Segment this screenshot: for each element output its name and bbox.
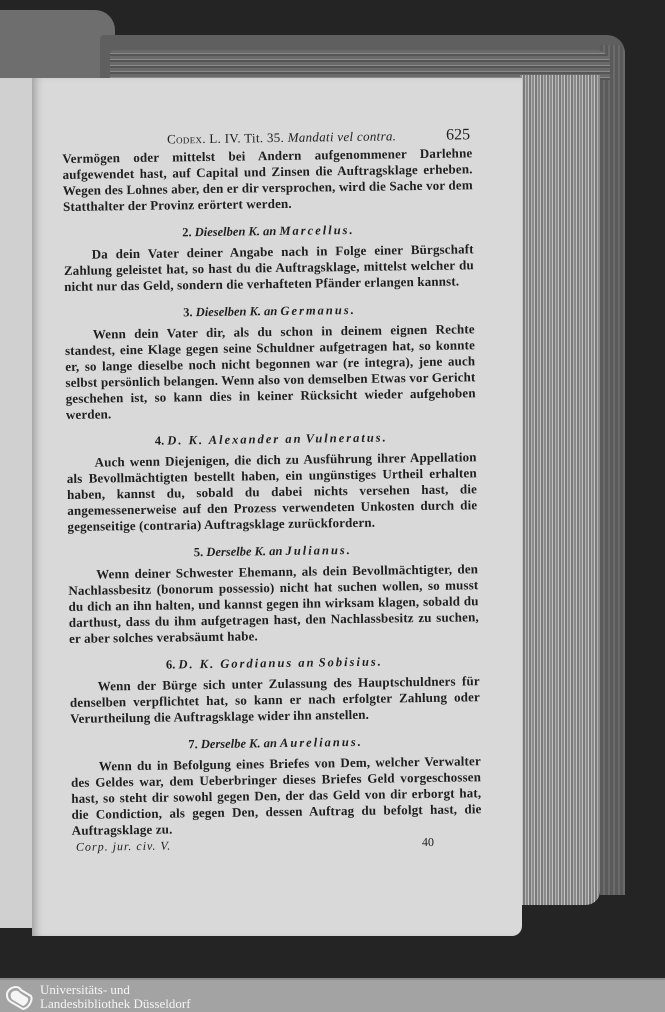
section-number: 3. (183, 305, 193, 319)
section-heading-text: Derselbe K. an (201, 736, 277, 751)
library-name: Universitäts- und Landesbibliothek Düsse… (40, 983, 191, 1011)
section-4: 4. D. K. Alexander an Vulneratus. Auch w… (66, 428, 477, 535)
intro-paragraph: Vermögen oder mittelst bei Andern aufgen… (62, 145, 473, 215)
page-text: Codex. L. IV. Tit. 35. Mandati vel contr… (62, 127, 482, 855)
page-number: 625 (446, 127, 470, 143)
section-paragraph: Wenn der Bürge sich unter Zulassung des … (70, 673, 481, 727)
section-number: 7. (188, 737, 198, 751)
section-heading-text: Dieselben K. an (196, 304, 278, 319)
section-addressee: Sobisius. (319, 655, 383, 670)
section-addressee: Germanus. (280, 303, 356, 318)
section-heading: 6. D. K. Gordianus an Sobisius. (69, 652, 479, 674)
section-paragraph: Auch wenn Diejenigen, die dich zu Ausfüh… (66, 449, 477, 535)
section-heading: 7. Derselbe K. an Aurelianus. (70, 732, 480, 754)
running-head-ref: L. IV. Tit. 35. (209, 130, 284, 146)
section-heading-text: D. K. Alexander an (167, 432, 302, 448)
section-number: 4. (155, 434, 165, 448)
section-6: 6. D. K. Gordianus an Sobisius. Wenn der… (69, 652, 480, 727)
running-head-codex: Codex. (167, 131, 206, 147)
section-addressee: Julianus. (285, 543, 351, 558)
book-page: Codex. L. IV. Tit. 35. Mandati vel contr… (32, 78, 522, 936)
section-heading: 3. Dieselben K. an Germanus. (64, 300, 474, 322)
section-5: 5. Derselbe K. an Julianus. Wenn deiner … (68, 540, 479, 647)
section-7: 7. Derselbe K. an Aurelianus. Wenn du in… (70, 732, 481, 839)
section-heading: 2. Dieselben K. an Marcellus. (63, 220, 473, 242)
section-2: 2. Dieselben K. an Marcellus. Da dein Va… (63, 220, 474, 295)
section-heading: 5. Derselbe K. an Julianus. (68, 540, 478, 562)
library-name-line1: Universitäts- und (40, 983, 191, 997)
signature-mark: Corp. jur. civ. V. (72, 838, 171, 855)
book-cover-edge (600, 45, 625, 895)
section-paragraph: Wenn dein Vater dir, als du schon in dei… (65, 321, 476, 423)
section-addressee: Marcellus. (279, 223, 354, 238)
adjacent-book-cover (0, 10, 115, 85)
section-3: 3. Dieselben K. an Germanus. Wenn dein V… (64, 300, 476, 423)
running-head-title: Codex. L. IV. Tit. 35. Mandati vel contr… (167, 128, 396, 147)
library-watermark-bar: Universitäts- und Landesbibliothek Düsse… (0, 978, 665, 1012)
book-icon (3, 984, 37, 1012)
library-name-line2: Landesbibliothek Düsseldorf (40, 997, 191, 1011)
section-addressee: Vulneratus. (306, 430, 388, 445)
page-block-fore-edge (520, 75, 600, 905)
running-head-topic: Mandati vel contra. (288, 128, 397, 145)
section-number: 6. (166, 657, 176, 671)
section-heading-text: D. K. Gordianus an (178, 656, 315, 672)
section-heading: 4. D. K. Alexander an Vulneratus. (66, 428, 476, 450)
sheet-number: 40 (422, 834, 434, 850)
section-heading-text: Derselbe K. an (206, 544, 282, 559)
section-paragraph: Da dein Vater deiner Angabe nach in Folg… (64, 241, 475, 295)
section-addressee: Aurelianus. (280, 735, 363, 750)
section-paragraph: Wenn deiner Schwester Ehemann, als dein … (68, 561, 479, 647)
section-number: 5. (194, 545, 204, 559)
section-number: 2. (182, 225, 192, 239)
book-scan: Codex. L. IV. Tit. 35. Mandati vel contr… (0, 0, 665, 978)
section-heading-text: Dieselben K. an (195, 224, 277, 239)
section-paragraph: Wenn du in Befolgung eines Briefes von D… (71, 753, 482, 839)
left-page-edge (0, 78, 33, 928)
